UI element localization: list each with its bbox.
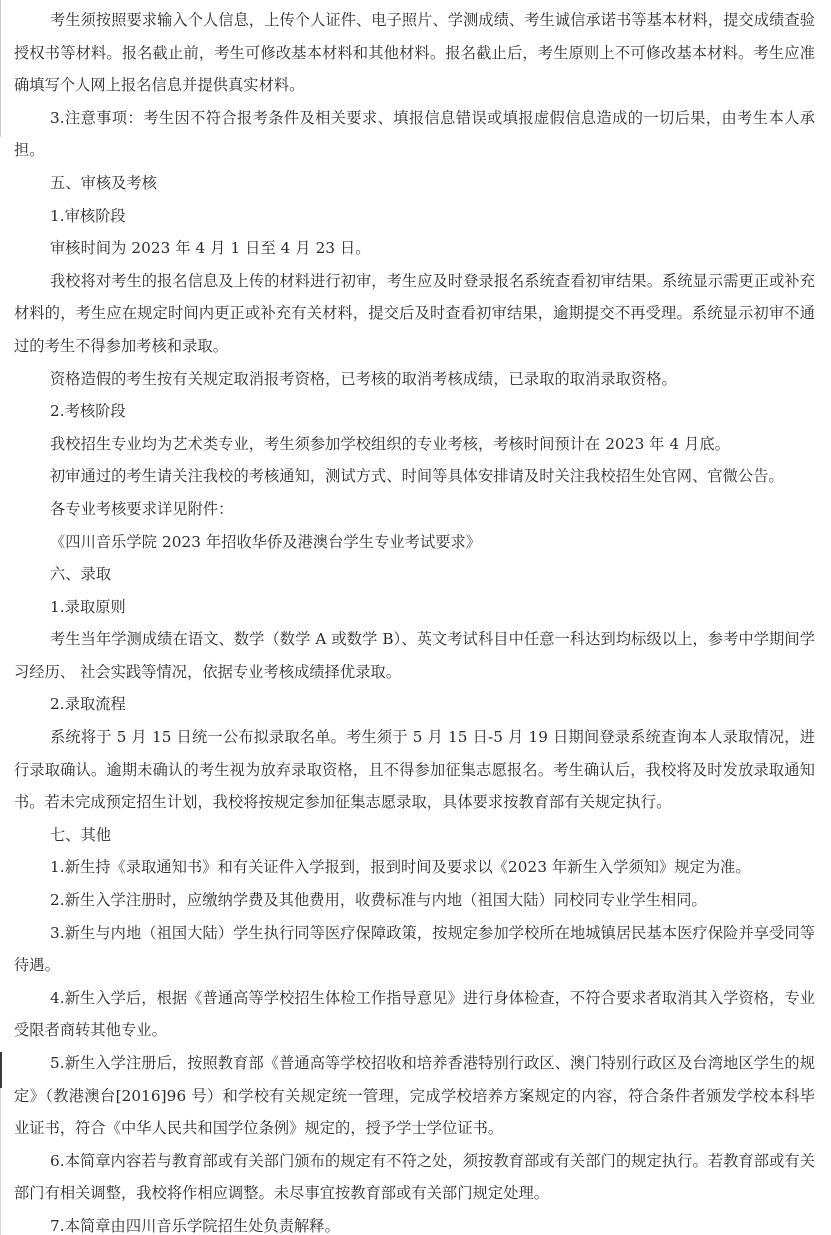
paragraph-initial-review: 我校将对考生的报名信息及上传的材料进行初审，考生应及时登录报名系统查看初审结果。… [14, 265, 815, 363]
paragraph-admission-criteria: 考生当年学测成绩在语文、数学（数学 A 或数学 B）、英文考试科目中任意一科达到… [14, 623, 815, 688]
paragraph-attachment-intro: 各专业考核要求详见附件： [14, 493, 815, 526]
page-edge-divider [0, 1088, 1, 1235]
section-heading-review: 五、审核及考核 [14, 167, 815, 200]
paragraph-other-2: 2.新生入学注册时，应缴纳学费及其他费用，收费标准与内地（祖国大陆）同校同专业学… [14, 884, 815, 917]
paragraph-other-6: 6.本简章内容若与教育部或有关部门颁布的规定有不符之处，须按教育部或有关部门的规… [14, 1145, 815, 1210]
page-edge-divider [0, 0, 1, 137]
paragraph-review-dates: 审核时间为 2023 年 4 月 1 日至 4 月 23 日。 [14, 232, 815, 265]
paragraph-other-3: 3.新生与内地（祖国大陆）学生执行同等医疗保障政策，按规定参加学校所在地城镇居民… [14, 917, 815, 982]
subheading-exam-stage: 2.考核阶段 [14, 395, 815, 428]
paragraph-registration-materials: 考生须按照要求输入个人信息，上传个人证件、电子照片、学测成绩、考生诚信承诺书等基… [14, 4, 815, 102]
section-heading-admission: 六、录取 [14, 558, 815, 591]
subheading-admission-process: 2.录取流程 [14, 688, 815, 721]
paragraph-other-7: 7.本简章由四川音乐学院招生处负责解释。 [14, 1210, 815, 1235]
subheading-admission-principle: 1.录取原则 [14, 591, 815, 624]
paragraph-other-4: 4.新生入学后，根据《普通高等学校招生体检工作指导意见》进行身体检查，不符合要求… [14, 982, 815, 1047]
section-heading-other: 七、其他 [14, 819, 815, 852]
paragraph-other-5: 5.新生入学注册后，按照教育部《普通高等学校招收和培养香港特别行政区、澳门特别行… [14, 1047, 815, 1145]
paragraph-exam-notice: 初审通过的考生请关注我校的考核通知，测试方式、时间等具体安排请及时关注我校招生处… [14, 460, 815, 493]
paragraph-fraud-policy: 资格造假的考生按有关规定取消报考资格，已考核的取消考核成绩，已录取的取消录取资格… [14, 363, 815, 396]
document-page: 考生须按照要求输入个人信息，上传个人证件、电子照片、学测成绩、考生诚信承诺书等基… [0, 0, 831, 1235]
page-edge-marker [0, 1052, 2, 1088]
subheading-review-stage: 1.审核阶段 [14, 200, 815, 233]
paragraph-notes: 3.注意事项：考生因不符合报考条件及相关要求、填报信息错误或填报虚假信息造成的一… [14, 102, 815, 167]
paragraph-exam-time: 我校招生专业均为艺术类专业，考生须参加学校组织的专业考核，考核时间预计在 202… [14, 428, 815, 461]
paragraph-other-1: 1.新生持《录取通知书》和有关证件入学报到，报到时间及要求以《2023 年新生入… [14, 851, 815, 884]
attachment-link[interactable]: 《四川音乐学院 2023 年招收华侨及港澳台学生专业考试要求》 [14, 526, 815, 559]
paragraph-admission-process: 系统将于 5 月 15 日统一公布拟录取名单。考生须于 5 月 15 日-5 月… [14, 721, 815, 819]
